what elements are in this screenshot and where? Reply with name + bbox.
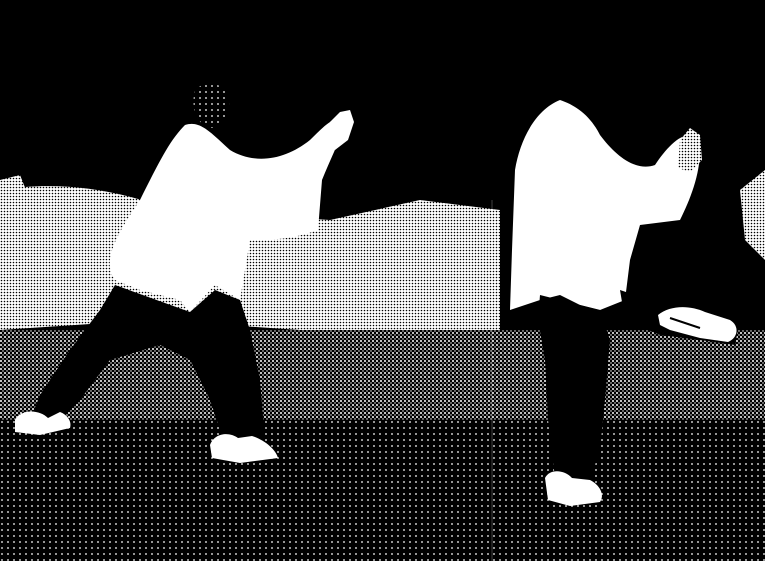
photo: Black-and-white halftone photo of two pe…: [0, 0, 765, 561]
halftone-scene: [0, 0, 765, 561]
